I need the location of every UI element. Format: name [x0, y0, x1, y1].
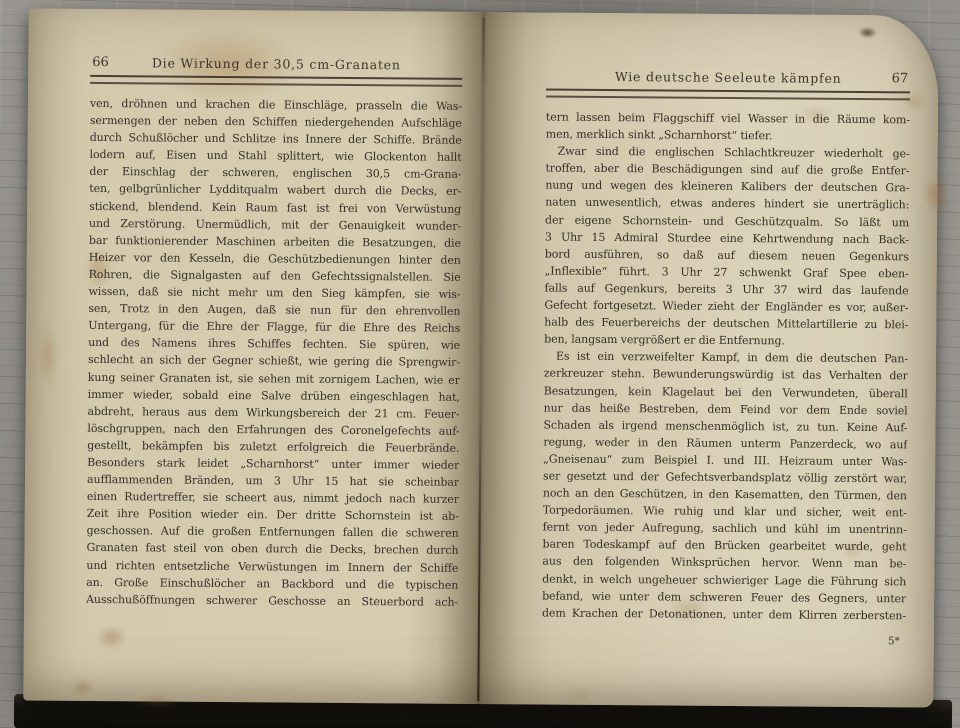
corner-stain [859, 27, 877, 38]
book-photo-scene: 66 Die Wirkung der 30,5 cm-Granaten ven,… [0, 0, 960, 728]
foxing-spot [38, 325, 58, 387]
foxing-spot [70, 680, 94, 695]
left-header-rule [90, 75, 462, 87]
right-page: Wie deutsche Seeleute kämpfen 67 tern la… [542, 69, 911, 648]
text-line: dem Krachen der Detonationen, unter dem … [542, 604, 906, 624]
foxing-spot [565, 689, 593, 702]
text-line: schlecht an sich der Gegner schießt, wie… [88, 351, 460, 371]
right-header-rule [546, 89, 910, 101]
open-book: 66 Die Wirkung der 30,5 cm-Granaten ven,… [23, 8, 938, 707]
foxing-spot [96, 625, 128, 649]
text-line: zerkreuzer stehn. Bewunderungswürdig ist… [544, 365, 908, 385]
text-line: Ausschußöffnungen schwerer Geschosse an … [86, 591, 458, 611]
left-page-number: 66 [92, 55, 109, 70]
right-running-head: Wie deutsche Seeleute kämpfen [546, 69, 910, 87]
foxing-spot [924, 176, 948, 212]
foxing-spot [135, 695, 179, 706]
right-page-text: tern lassen beim Flaggschiff viel Wasser… [542, 109, 910, 625]
right-page-number: 67 [892, 71, 909, 86]
left-page-header: 66 Die Wirkung der 30,5 cm-Granaten [90, 55, 462, 75]
text-line: aus den folgenden Winksprüchen hervor. W… [542, 553, 906, 573]
signature-mark: 5* [542, 632, 906, 647]
left-page-text: ven, dröhnen und krachen die Einschläge,… [86, 95, 462, 611]
left-page: 66 Die Wirkung der 30,5 cm-Granaten ven,… [86, 55, 462, 611]
right-page-header: Wie deutsche Seeleute kämpfen 67 [546, 69, 910, 89]
left-running-head: Die Wirkung der 30,5 cm-Granaten [90, 55, 462, 73]
